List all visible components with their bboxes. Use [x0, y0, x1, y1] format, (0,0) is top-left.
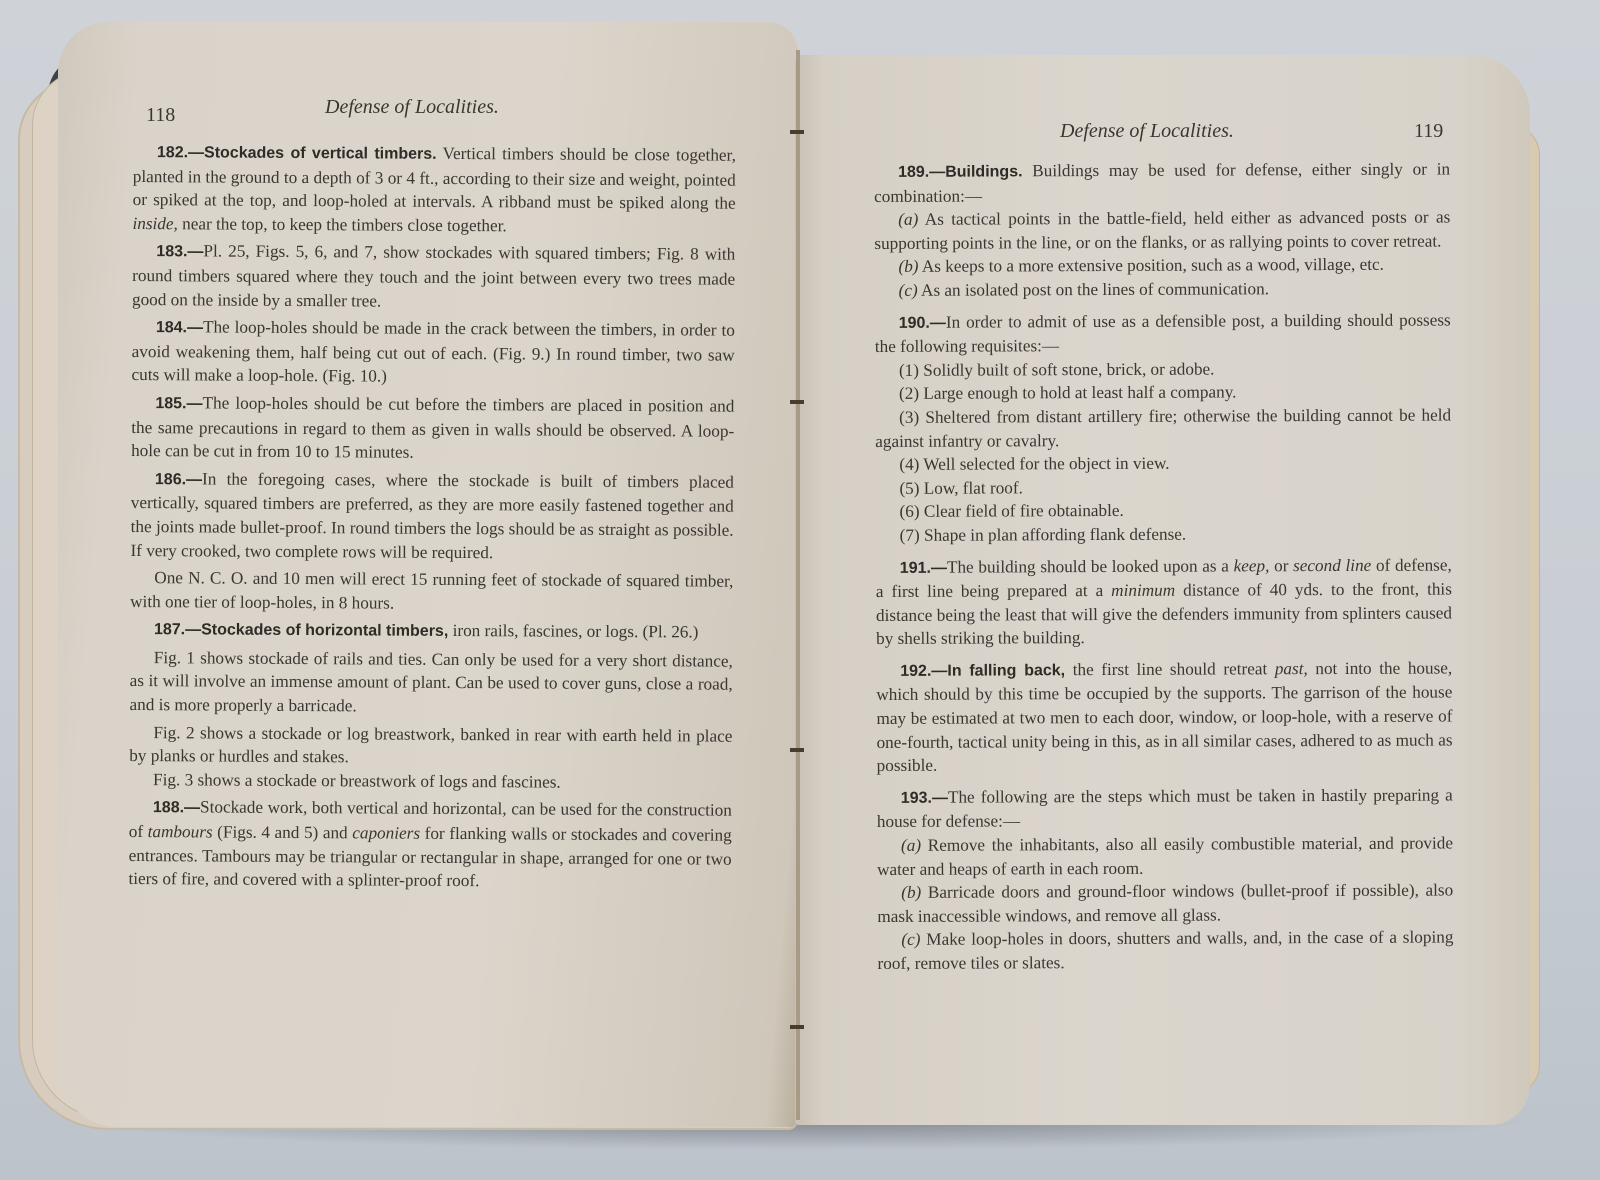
paragraph-190: 190.—In order to admit of use as a defen… [875, 308, 1451, 359]
list-item: (1) Solidly built of soft stone, brick, … [875, 356, 1451, 382]
paragraph-189: 189.—Buildings. Buildings may be used fo… [874, 157, 1450, 208]
list-item: (4) Well selected for the object in view… [875, 451, 1451, 477]
list-item: (a) As tactical points in the battle-fie… [874, 206, 1450, 256]
binding-stitch [790, 400, 804, 404]
binding-stitch [790, 130, 804, 134]
paragraph-188: 188.—Stockade work, both vertical and ho… [128, 795, 732, 894]
list-item: (3) Sheltered from distant artillery fir… [875, 403, 1451, 453]
binding-stitch [790, 1025, 804, 1029]
left-page-body: 182.—Stockades of vertical timbers. Vert… [128, 140, 736, 894]
paragraph-186: 186.—In the foregoing cases, where the s… [130, 467, 734, 566]
page-number-left: 118 [146, 104, 175, 127]
paragraph-184: 184.—The loop-holes should be made in th… [131, 315, 734, 390]
list-item: (b) As keeps to a more extensive positio… [874, 253, 1450, 279]
list-item: (c) As an isolated post on the lines of … [875, 276, 1451, 302]
list-item: (a) Remove the inhabitants, also all eas… [877, 832, 1453, 882]
list-item: (c) Make loop-holes in doors, shutters a… [877, 926, 1453, 976]
paragraph-187: 187.—Stockades of horizontal timbers, ir… [130, 617, 733, 645]
paragraph-182: 182.—Stockades of vertical timbers. Vert… [132, 140, 736, 239]
paragraph-191: 191.—The building should be looked upon … [876, 553, 1452, 651]
list-item: (5) Low, flat roof. [875, 474, 1451, 500]
page-number-right: 119 [1414, 120, 1443, 143]
running-head-left: Defense of Localities. [325, 96, 499, 119]
paragraph-193: 193.—The following are the steps which m… [877, 783, 1453, 834]
binding-stitch [790, 748, 804, 752]
running-head-right: Defense of Localities. [1060, 120, 1234, 143]
list-item: (7) Shape in plan affording flank defens… [876, 521, 1452, 547]
paragraph-fig1: Fig. 1 shows stockade of rails and ties.… [129, 646, 732, 720]
paragraph-185: 185.—The loop-holes should be cut before… [131, 391, 734, 466]
paragraph-fig2: Fig. 2 shows a stockade or log breastwor… [129, 721, 732, 772]
right-page-body: 189.—Buildings. Buildings may be used fo… [874, 157, 1454, 975]
paragraph-192: 192.—In falling back, the first line sho… [876, 656, 1453, 777]
list-item: (6) Clear field of fire obtainable. [875, 498, 1451, 524]
book-gutter [796, 50, 800, 1120]
paragraph-fig3: Fig. 3 shows a stockade or breastwork of… [129, 768, 732, 795]
list-item: (b) Barricade doors and ground-floor win… [877, 879, 1453, 929]
list-item: (2) Large enough to hold at least half a… [875, 380, 1451, 406]
paragraph-183: 183.—Pl. 25, Figs. 5, 6, and 7, show sto… [132, 239, 735, 314]
paragraph-186-labor: One N. C. O. and 10 men will erect 15 ru… [130, 566, 733, 617]
